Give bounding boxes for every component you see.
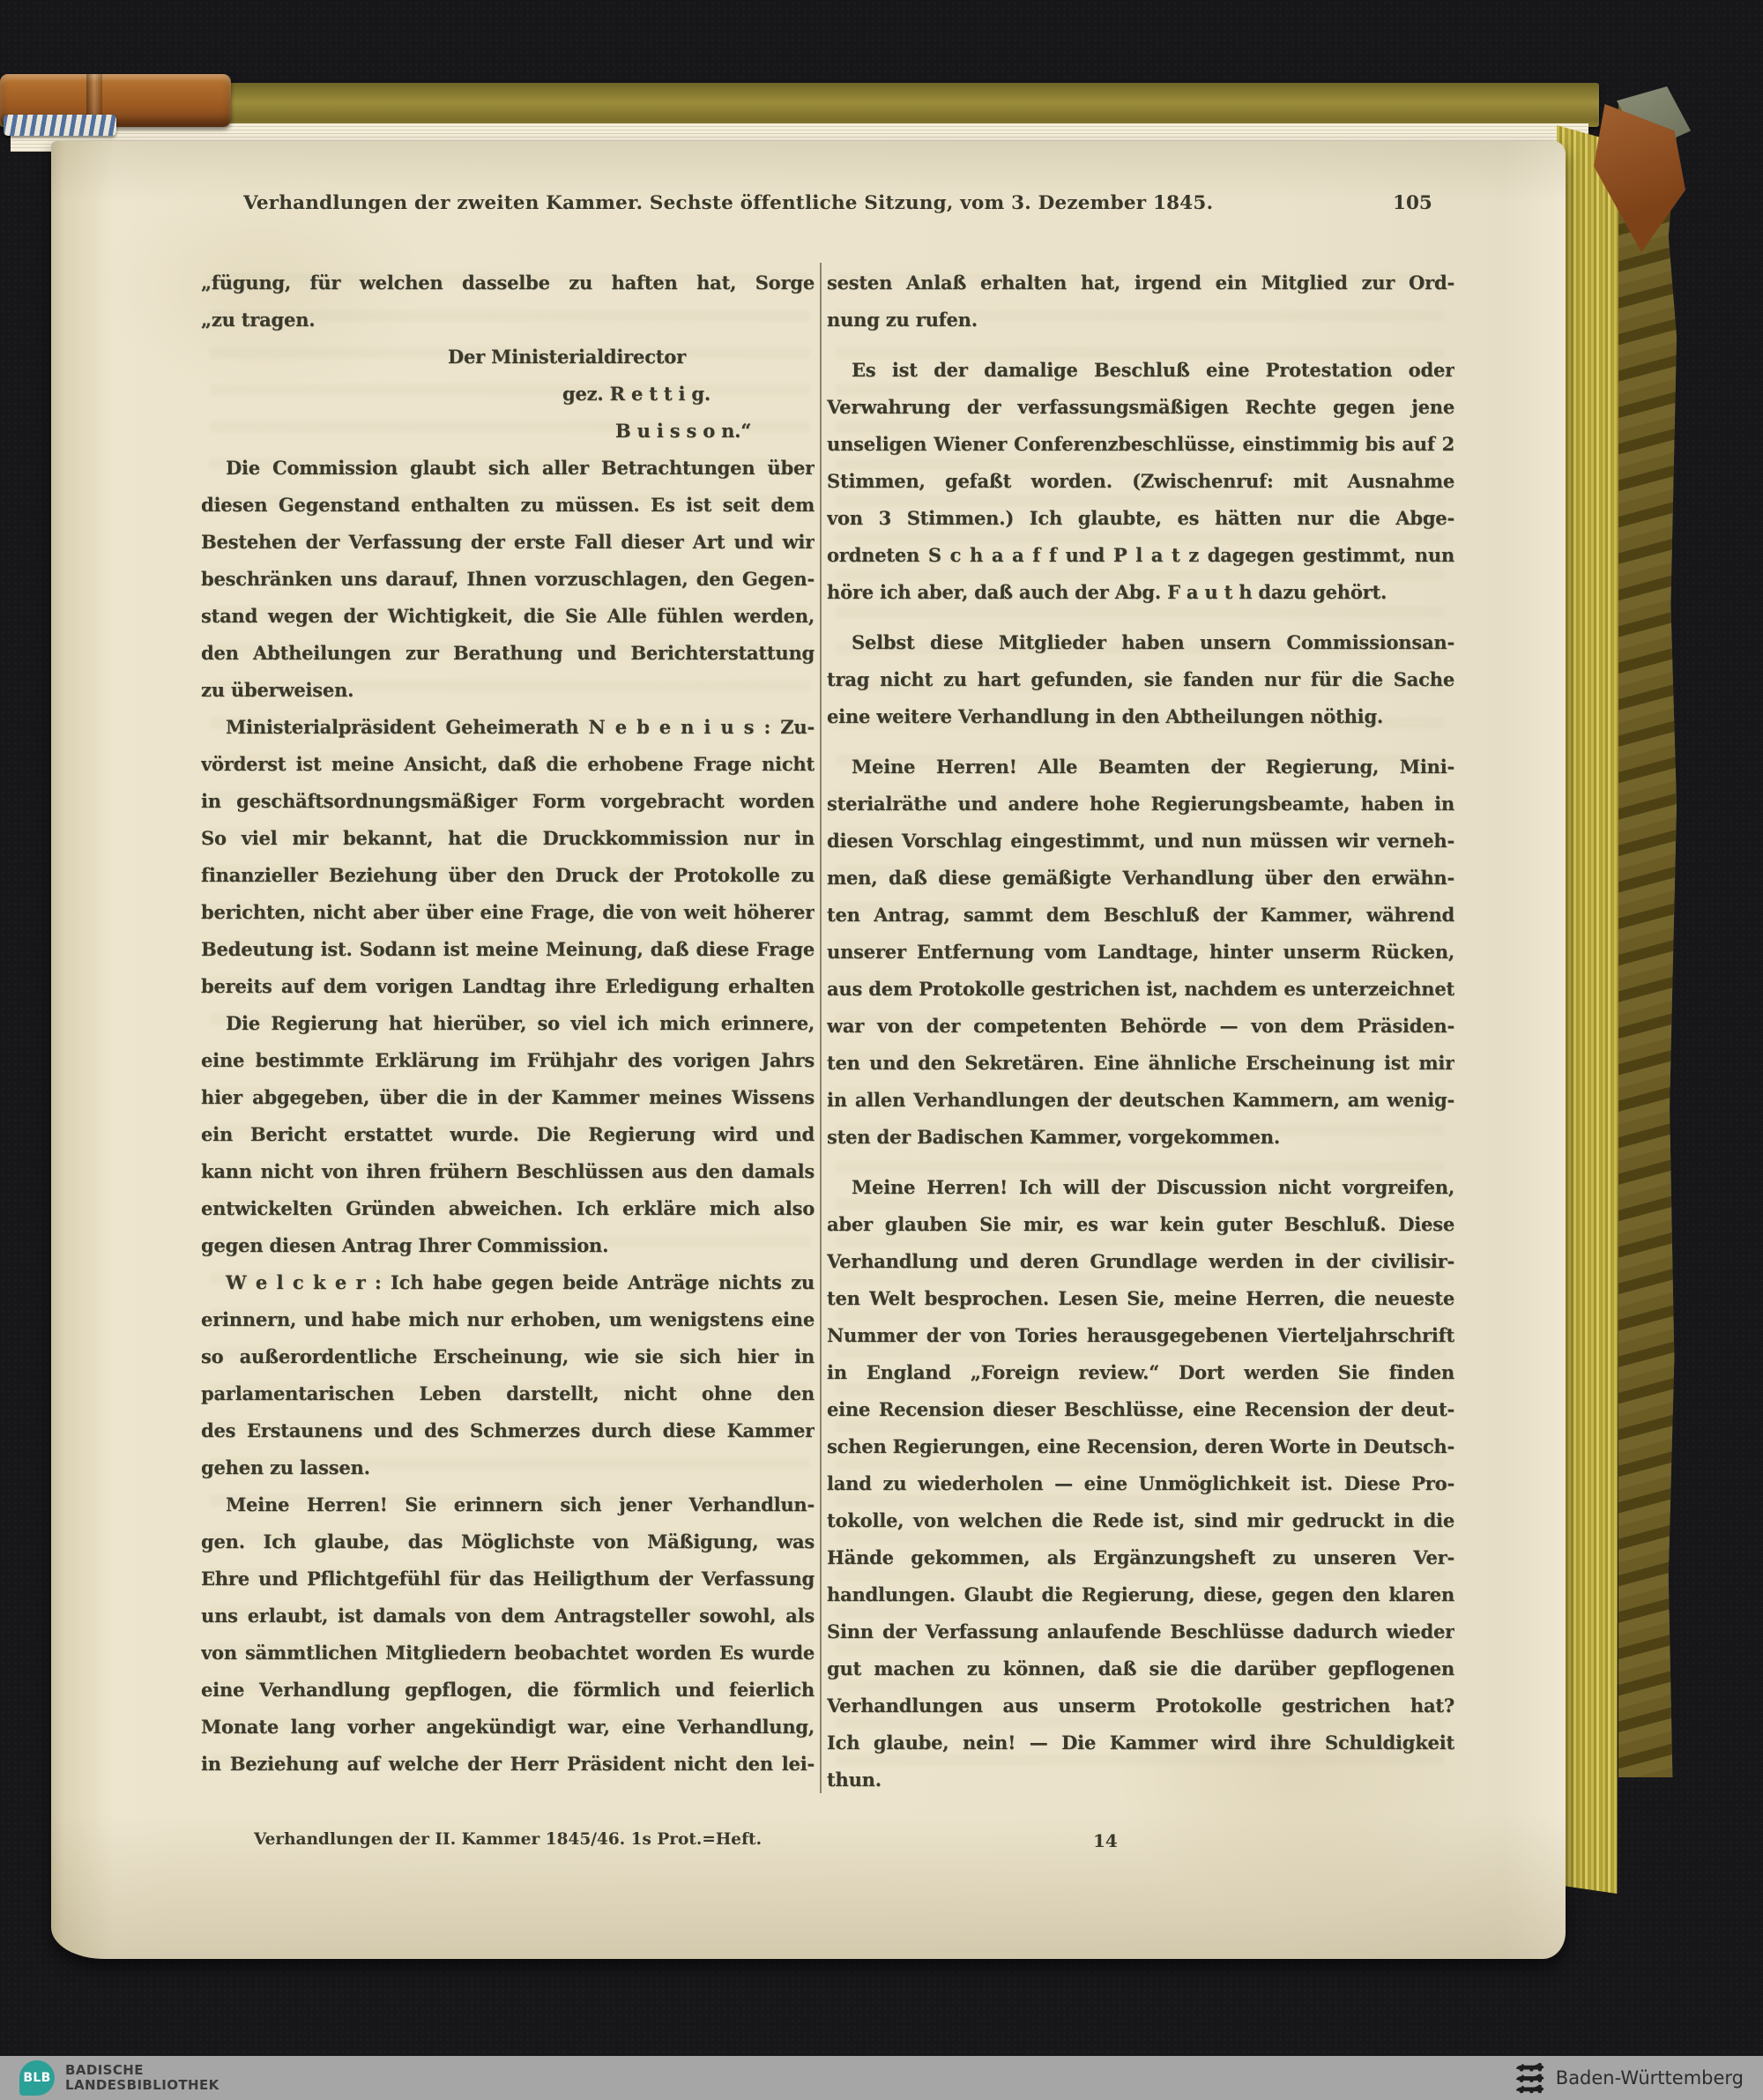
paragraph-gap [827, 339, 1454, 352]
text-line: Ich glaube, nein! — Die Kammer wird ihre… [827, 1724, 1454, 1761]
text-line: nung zu rufen. [827, 302, 1454, 339]
library-name-line1: BADISCHE [65, 2063, 219, 2078]
text-line: ein Bericht erstattet wurde. Die Regieru… [201, 1116, 815, 1153]
state-name: Baden-Württemberg [1556, 2067, 1744, 2089]
text-line: uns erlaubt, ist damals von dem Antragst… [201, 1597, 815, 1635]
text-line: Verhandlungen aus unserm Protokolle gest… [827, 1687, 1454, 1724]
text-line: höre ich aber, daß auch der Abg. F a u t… [827, 574, 1454, 611]
text-line: Die Regierung hat hierüber, so viel ich … [201, 1005, 815, 1042]
text-line: in England „Foreign review.“ Dort werden… [827, 1354, 1454, 1391]
text-line: diesen Gegenstand enthalten zu müssen. E… [201, 487, 815, 524]
text-line: berichten, nicht aber über eine Frage, d… [201, 894, 815, 931]
text-line: W e l c k e r : Ich habe gegen beide Ant… [201, 1264, 815, 1301]
text-line: Verwahrung der verfassungsmäßigen Rechte… [827, 389, 1454, 426]
text-line: diesen Vorschlag eingestimmt, und nun mü… [827, 823, 1454, 860]
text-line: Ehre und Pflichtgefühl für das Heiligthu… [201, 1560, 815, 1597]
text-line: vörderst ist meine Ansicht, daß die erho… [201, 746, 815, 783]
text-line: parlamentarischen Leben darstellt, nicht… [201, 1375, 815, 1412]
text-line: Nummer der von Tories herausgegebenen Vi… [827, 1317, 1454, 1354]
text-line: gez. R e t t i g. [201, 376, 815, 413]
blb-logo-icon: BLB [19, 2060, 55, 2096]
text-line: ten Antrag, sammt dem Beschluß der Kamme… [827, 897, 1454, 934]
text-line: in allen Verhandlungen der deutschen Kam… [827, 1082, 1454, 1119]
text-line: trag nicht zu hart gefunden, sie fanden … [827, 661, 1454, 698]
text-line: So viel mir bekannt, hat die Druckkommis… [201, 820, 815, 857]
text-line: aus dem Protokolle gestrichen ist, nachd… [827, 971, 1454, 1008]
text-line: eine weitere Verhandlung in den Abtheilu… [827, 698, 1454, 735]
text-line: land zu wiederholen — eine Unmöglichkeit… [827, 1465, 1454, 1502]
text-line: unseligen Wiener Conferenzbeschlüsse, ei… [827, 426, 1454, 463]
text-line: unserer Entfernung vom Landtage, hinter … [827, 934, 1454, 971]
text-line: eine bestimmte Erklärung im Frühjahr des… [201, 1042, 815, 1079]
text-line: von 3 Stimmen.) Ich glaubte, es hätten n… [827, 500, 1454, 537]
scan-background: Verhandlungen der zweiten Kammer. Sechst… [0, 0, 1763, 2100]
text-line: Stimmen, gefaßt worden. (Zwischenruf: mi… [827, 463, 1454, 500]
text-line: ordneten S c h a a f f und P l a t z dag… [827, 537, 1454, 574]
text-line: gen. Ich glaube, das Möglichste von Mäßi… [201, 1523, 815, 1560]
text-line: war von der competenten Behörde — von de… [827, 1008, 1454, 1045]
page-number: 105 [1393, 192, 1432, 214]
state-logo-group: Baden-Württemberg [1514, 2061, 1744, 2095]
running-title: Verhandlungen der zweiten Kammer. Sechst… [243, 192, 1213, 214]
text-line: Selbst diese Mitglieder haben unsern Com… [827, 624, 1454, 661]
text-line: handlungen. Glaubt die Regierung, diese,… [827, 1576, 1454, 1613]
text-line: beschränken uns darauf, Ihnen vorzuschla… [201, 561, 815, 598]
text-line: ten und den Sekretären. Eine ähnliche Er… [827, 1045, 1454, 1082]
library-logo-group: BLB BADISCHE LANDESBIBLIOTHEK [19, 2060, 219, 2096]
baden-wuerttemberg-lions-icon [1514, 2061, 1547, 2095]
text-line: tokolle, von welchen die Rede ist, sind … [827, 1502, 1454, 1539]
text-line: Hände gekommen, als Ergänzungsheft zu un… [827, 1539, 1454, 1576]
text-line: „fügung, für welchen dasselbe zu haften … [201, 264, 815, 302]
book-headband [4, 115, 116, 136]
text-line: stand wegen der Wichtigkeit, die Sie All… [201, 598, 815, 635]
paragraph-gap [827, 1156, 1454, 1169]
paragraph-gap [827, 611, 1454, 624]
text-column-left: „fügung, für welchen dasselbe zu haften … [201, 264, 815, 1783]
paragraph-gap [827, 735, 1454, 748]
text-line: des Erstaunens und des Schmerzes durch d… [201, 1412, 815, 1449]
text-line: Verhandlung und deren Grundlage werden i… [827, 1243, 1454, 1280]
text-line: sterialräthe und andere hohe Regierungsb… [827, 786, 1454, 823]
text-line: aber glauben Sie mir, es war kein guter … [827, 1206, 1454, 1243]
page-header: Verhandlungen der zweiten Kammer. Sechst… [51, 192, 1566, 222]
text-line: ten Welt besprochen. Lesen Sie, meine He… [827, 1280, 1454, 1317]
text-line: Monate lang vorher angekündigt war, eine… [201, 1709, 815, 1746]
book-fore-edge [1557, 125, 1620, 1894]
library-name: BADISCHE LANDESBIBLIOTHEK [65, 2063, 219, 2094]
text-line: finanzieller Beziehung über den Druck de… [201, 857, 815, 894]
text-line: Die Commission glaubt sich aller Betrach… [201, 450, 815, 487]
text-line: Sinn der Verfassung anlaufende Beschlüss… [827, 1613, 1454, 1650]
text-line: kann nicht von ihren frühern Beschlüssen… [201, 1153, 815, 1190]
text-line: hier abgegeben, über die in der Kammer m… [201, 1079, 815, 1116]
text-line: sesten Anlaß erhalten hat, irgend ein Mi… [827, 264, 1454, 302]
text-line: thun. [827, 1761, 1454, 1798]
text-line: men, daß diese gemäßigte Verhandlung übe… [827, 860, 1454, 897]
text-line: gehen zu lassen. [201, 1449, 815, 1486]
text-line: Der Ministerialdirector [201, 339, 815, 376]
book-top-edge [0, 83, 1599, 127]
text-line: den Abtheilungen zur Berathung und Beric… [201, 635, 815, 672]
library-footer-bar: BLB BADISCHE LANDESBIBLIOTHEK Baden-Würt… [0, 2056, 1763, 2100]
text-line: entwickelten Gründen abweichen. Ich erkl… [201, 1190, 815, 1227]
text-column-right: sesten Anlaß erhalten hat, irgend ein Mi… [827, 264, 1454, 1798]
text-line: bereits auf dem vorigen Landtag ihre Erl… [201, 968, 815, 1005]
text-line: Ministerialpräsident Geheimerath N e b e… [201, 709, 815, 746]
library-name-line2: LANDESBIBLIOTHEK [65, 2078, 219, 2093]
text-line: gut machen zu können, daß sie die darübe… [827, 1650, 1454, 1687]
text-line: eine Verhandlung gepflogen, die förmlich… [201, 1672, 815, 1709]
signature-mark: 14 [1093, 1830, 1118, 1851]
torn-cover-edge [1618, 102, 1677, 1777]
volume-footer-note: Verhandlungen der II. Kammer 1845/46. 1s… [201, 1830, 815, 1849]
text-line: Bestehen der Verfassung der erste Fall d… [201, 524, 815, 561]
text-line: Bedeutung ist. Sodann ist meine Meinung,… [201, 931, 815, 968]
text-line: Meine Herren! Ich will der Discussion ni… [827, 1169, 1454, 1206]
text-line: „zu tragen. [201, 302, 815, 339]
text-line: B u i s s o n.“ [201, 413, 815, 450]
text-line: in geschäftsordnungsmäßiger Form vorgebr… [201, 783, 815, 820]
text-line: von sämmtlichen Mitgliedern beobachtet w… [201, 1635, 815, 1672]
book-page: Verhandlungen der zweiten Kammer. Sechst… [51, 141, 1566, 1959]
column-divider-rule [820, 263, 822, 1793]
text-line: sten der Badischen Kammer, vorgekommen. [827, 1119, 1454, 1156]
text-line: gegen diesen Antrag Ihrer Commission. [201, 1227, 815, 1264]
page-footer: Verhandlungen der II. Kammer 1845/46. 1s… [51, 1830, 1566, 1858]
text-line: Meine Herren! Alle Beamten der Regierung… [827, 748, 1454, 786]
text-line: Es ist der damalige Beschluß eine Protes… [827, 352, 1454, 389]
text-line: erinnern, und habe mich nur erhoben, um … [201, 1301, 815, 1338]
text-line: in Beziehung auf welche der Herr Präside… [201, 1746, 815, 1783]
text-line: Meine Herren! Sie erinnern sich jener Ve… [201, 1486, 815, 1523]
text-line: so außerordentliche Erscheinung, wie sie… [201, 1338, 815, 1375]
text-line: schen Regierungen, eine Recension, deren… [827, 1428, 1454, 1465]
text-line: eine Recension dieser Beschlüsse, eine R… [827, 1391, 1454, 1428]
text-line: zu überweisen. [201, 672, 815, 709]
